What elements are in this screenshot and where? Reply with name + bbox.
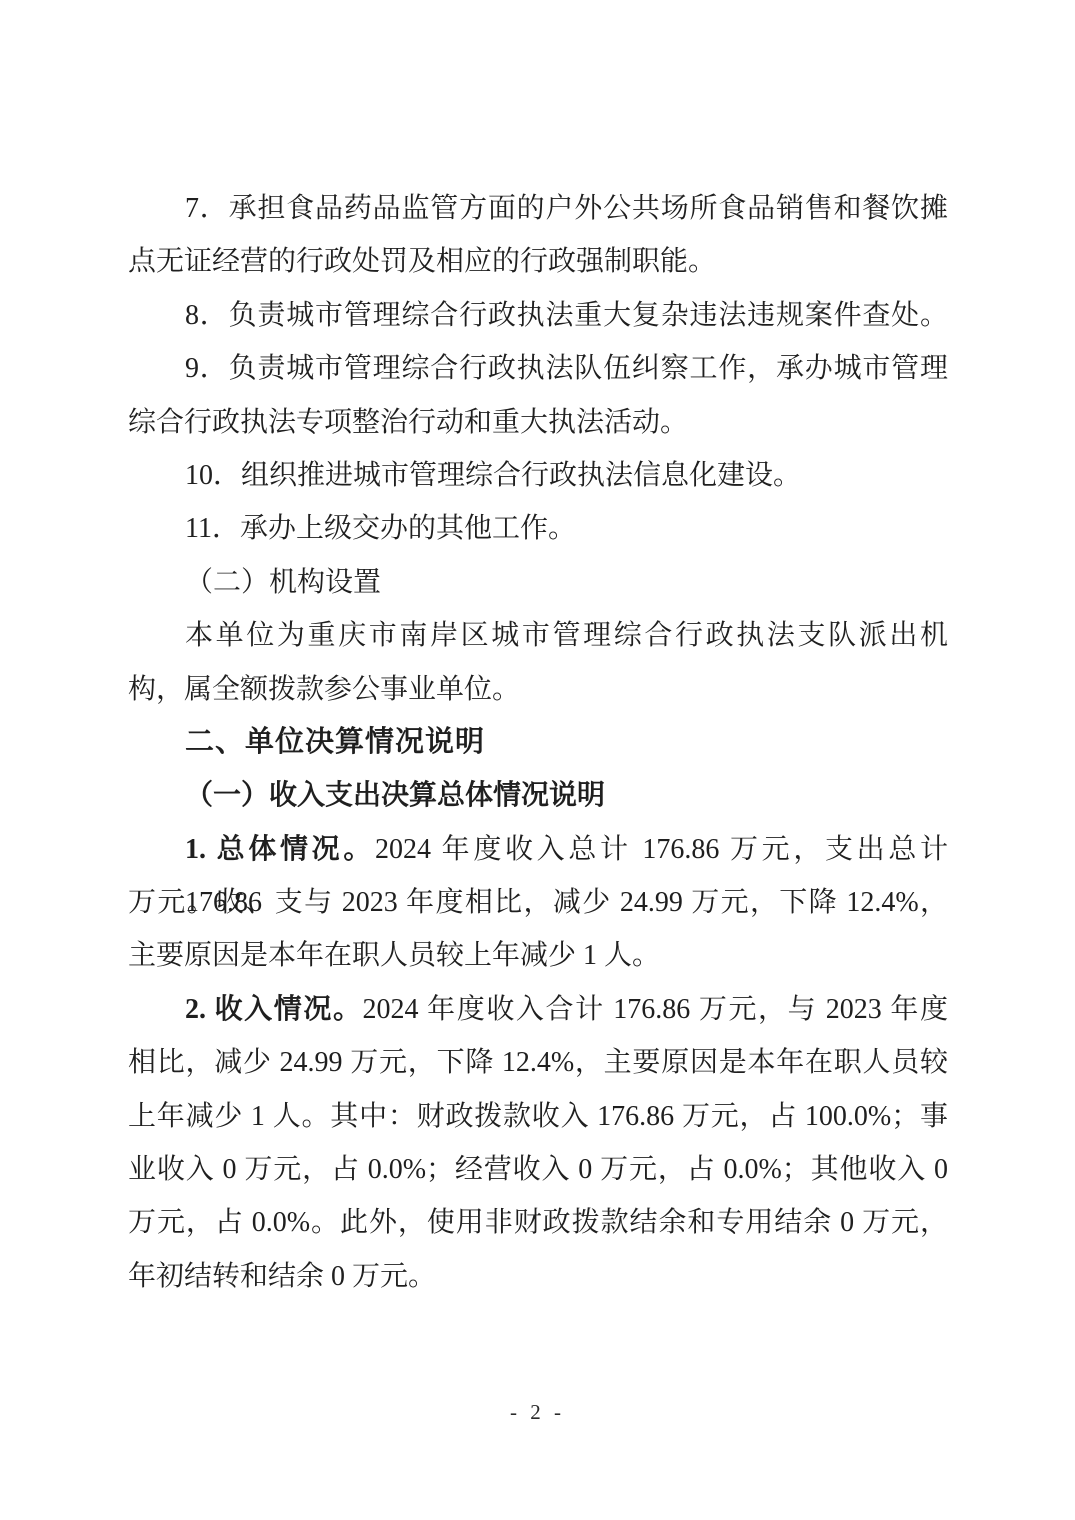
body-line: （二）机构设置 (128, 556, 948, 609)
body-line: 相比，减少 24.99 万元，下降 12.4%，主要原因是本年在职人员较 (128, 1036, 948, 1089)
document-page: 7．承担食品药品监管方面的户外公共场所食品销售和餐饮摊点无证经营的行政处罚及相应… (0, 0, 1075, 1520)
body-line: 业收入 0 万元，占 0.0%；经营收入 0 万元，占 0.0%；其他收入 0 (128, 1143, 948, 1196)
page-number: - 2 - (0, 1400, 1075, 1425)
subsection-heading: （一）收入支出决算总体情况说明 (128, 769, 948, 822)
body-line: 11．承办上级交办的其他工作。 (128, 502, 948, 555)
body-line: 构，属全额拨款参公事业单位。 (128, 663, 948, 716)
body-line: 上年减少 1 人。其中：财政拨款收入 176.86 万元，占 100.0%；事 (128, 1090, 948, 1143)
body-line: 9．负责城市管理综合行政执法队伍纠察工作，承办城市管理 (128, 342, 948, 395)
body-line: 2. 收入情况。2024 年度收入合计 176.86 万元，与 2023 年度 (128, 983, 948, 1036)
body-line: 综合行政执法专项整治行动和重大执法活动。 (128, 396, 948, 449)
body-line: 年初结转和结余 0 万元。 (128, 1250, 948, 1303)
body-line: 1. 总体情况。2024 年度收入总计 176.86 万元，支出总计 176.8… (128, 823, 948, 876)
body-line: 本单位为重庆市南岸区城市管理综合行政执法支队派出机 (128, 609, 948, 662)
body-line: 7．承担食品药品监管方面的户外公共场所食品销售和餐饮摊 (128, 182, 948, 235)
section-heading: 二、单位决算情况说明 (128, 716, 948, 769)
body-line: 10．组织推进城市管理综合行政执法信息化建设。 (128, 449, 948, 502)
document-body: 7．承担食品药品监管方面的户外公共场所食品销售和餐饮摊点无证经营的行政处罚及相应… (128, 182, 948, 1303)
body-line: 主要原因是本年在职人员较上年减少 1 人。 (128, 929, 948, 982)
body-line: 点无证经营的行政处罚及相应的行政强制职能。 (128, 235, 948, 288)
body-line: 8．负责城市管理综合行政执法重大复杂违法违规案件查处。 (128, 289, 948, 342)
run-in-heading: 2. 收入情况。 (185, 994, 363, 1025)
body-line: 万元，占 0.0%。此外，使用非财政拨款结余和专用结余 0 万元， (128, 1196, 948, 1249)
run-in-heading: 1. 总体情况。 (185, 834, 375, 865)
body-line: 万元。收、支与 2023 年度相比，减少 24.99 万元，下降 12.4%， (128, 876, 948, 929)
